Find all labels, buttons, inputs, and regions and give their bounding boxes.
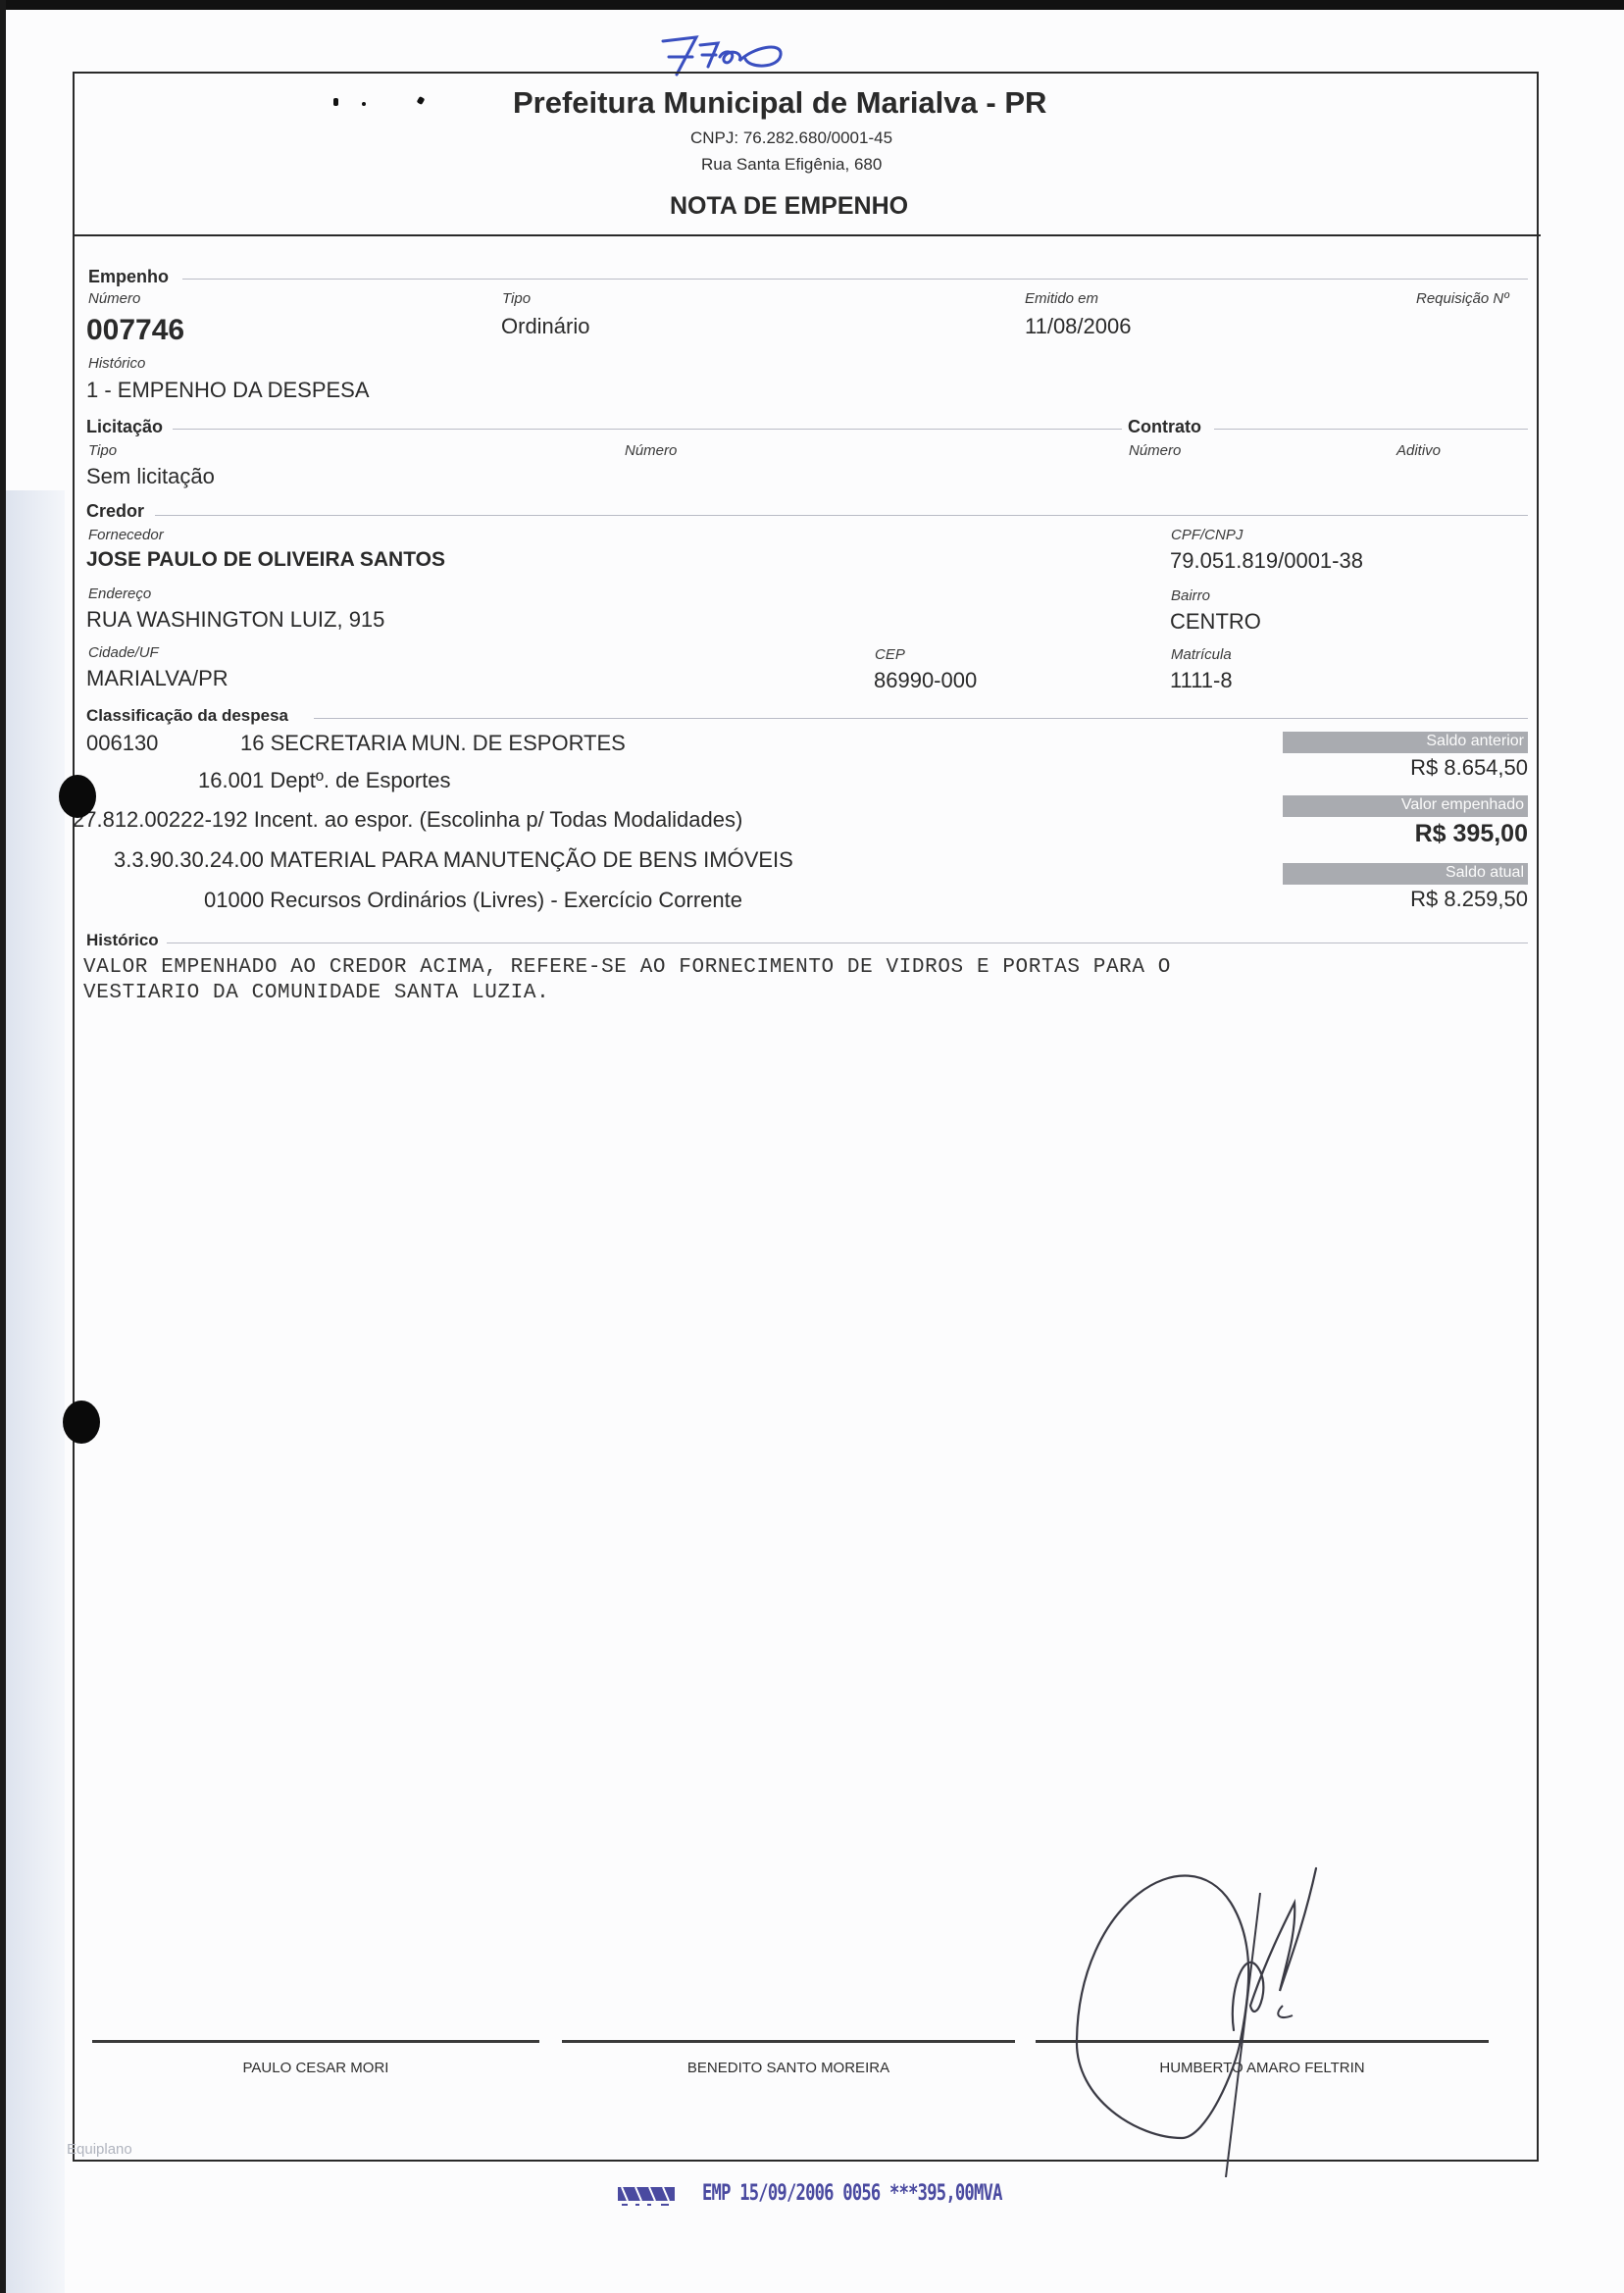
contrato-numero-label: Número (1129, 442, 1181, 459)
org-cnpj: CNPJ: 76.282.680/0001-45 (690, 128, 892, 148)
licitacao-tipo-label: Tipo (88, 442, 117, 459)
valor-empenhado-value: R$ 395,00 (1415, 820, 1528, 848)
cpf-value: 79.051.819/0001-38 (1170, 548, 1363, 574)
saldo-atual-value: R$ 8.259,50 (1410, 887, 1528, 912)
section-rule (314, 718, 1528, 719)
cidade-value: MARIALVA/PR (86, 666, 228, 691)
section-rule (167, 943, 1528, 943)
bairro-value: CENTRO (1170, 609, 1261, 635)
scan-speck (333, 98, 338, 106)
section-rule (155, 515, 1528, 516)
cpf-label: CPF/CNPJ (1171, 527, 1243, 543)
endereco-label: Endereço (88, 586, 151, 602)
bank-authentication-stamp: EMP 15/09/2006 0056 ***395,00MVA (702, 2181, 1002, 2206)
signature-scribble-icon (1059, 1844, 1373, 2177)
org-title: Prefeitura Municipal de Marialva - PR (513, 85, 1046, 121)
emitido-label: Emitido em (1025, 290, 1098, 307)
elemento-line: 3.3.90.30.24.00 MATERIAL PARA MANUTENÇÃO… (114, 847, 793, 873)
valor-empenhado-label: Valor empenhado (1401, 796, 1524, 814)
empenho-historico: 1 - EMPENHO DA DESPESA (86, 378, 370, 403)
section-rule (1214, 429, 1528, 430)
historico-line-1: VALOR EMPENHADO AO CREDOR ACIMA, REFERE-… (83, 956, 1171, 979)
contrato-aditivo-label: Aditivo (1396, 442, 1441, 459)
section-classificacao: Classificação da despesa (86, 706, 288, 726)
unidade-line: 16.001 Deptº. de Esportes (198, 768, 451, 793)
scan-edge-left (0, 0, 6, 2293)
saldo-anterior-label: Saldo anterior (1426, 733, 1524, 750)
licitacao-tipo: Sem licitação (86, 464, 215, 489)
section-historico: Histórico (86, 931, 159, 950)
saldo-atual-bar: Saldo atual (1283, 863, 1528, 885)
punch-hole (59, 775, 96, 818)
saldo-anterior-bar: Saldo anterior (1283, 732, 1528, 753)
section-contrato: Contrato (1128, 417, 1201, 437)
signature-line-2 (562, 2040, 1015, 2043)
signatory-2: BENEDITO SANTO MOREIRA (562, 2060, 1015, 2076)
licitacao-numero-label: Número (625, 442, 677, 459)
recurso-line: 01000 Recursos Ordinários (Livres) - Exe… (204, 888, 742, 913)
valor-empenhado-bar: Valor empenhado (1283, 795, 1528, 817)
dotacao-code: 006130 (86, 731, 158, 756)
empenho-numero: 007746 (86, 314, 184, 347)
bank-logo-icon (618, 2183, 677, 2207)
section-licitacao: Licitação (86, 417, 163, 437)
empenho-tipo: Ordinário (501, 314, 589, 339)
header-divider (73, 234, 1541, 236)
emitido-date: 11/08/2006 (1025, 314, 1131, 339)
saldo-atual-label: Saldo atual (1446, 864, 1524, 882)
historico-line-2: VESTIARIO DA COMUNIDADE SANTA LUZIA. (83, 982, 549, 1004)
section-empenho: Empenho (88, 267, 169, 287)
punch-hole (63, 1401, 100, 1444)
endereco-value: RUA WASHINGTON LUIZ, 915 (86, 607, 384, 633)
historico-label: Histórico (88, 355, 145, 372)
section-credor: Credor (86, 501, 144, 522)
software-watermark: Equiplano (67, 2141, 132, 2158)
bairro-label: Bairro (1171, 587, 1210, 604)
scan-speck (362, 102, 366, 106)
saldo-anterior-value: R$ 8.654,50 (1410, 755, 1528, 781)
signature-line-1 (92, 2040, 539, 2043)
scan-edge-top (0, 0, 1624, 10)
section-rule (182, 279, 1528, 280)
org-address: Rua Santa Efigênia, 680 (701, 155, 882, 175)
scan-shadow (6, 490, 65, 2293)
fornecedor-label: Fornecedor (88, 527, 164, 543)
section-rule (173, 429, 1122, 430)
orgao-line: 16 SECRETARIA MUN. DE ESPORTES (240, 731, 626, 756)
matricula-label: Matrícula (1171, 646, 1232, 663)
cep-value: 86990-000 (874, 668, 977, 693)
programa-line: 27.812.00222-192 Incent. ao espor. (Esco… (73, 807, 742, 833)
cep-label: CEP (875, 646, 905, 663)
requisicao-label: Requisição Nº (1416, 290, 1509, 307)
matricula-value: 1111-8 (1170, 668, 1233, 693)
fornecedor-name: JOSE PAULO DE OLIVEIRA SANTOS (86, 548, 445, 572)
tipo-label: Tipo (502, 290, 531, 307)
numero-label: Número (88, 290, 140, 307)
cidade-label: Cidade/UF (88, 644, 159, 661)
document-title: NOTA DE EMPENHO (670, 192, 908, 221)
signatory-1: PAULO CESAR MORI (92, 2060, 539, 2076)
